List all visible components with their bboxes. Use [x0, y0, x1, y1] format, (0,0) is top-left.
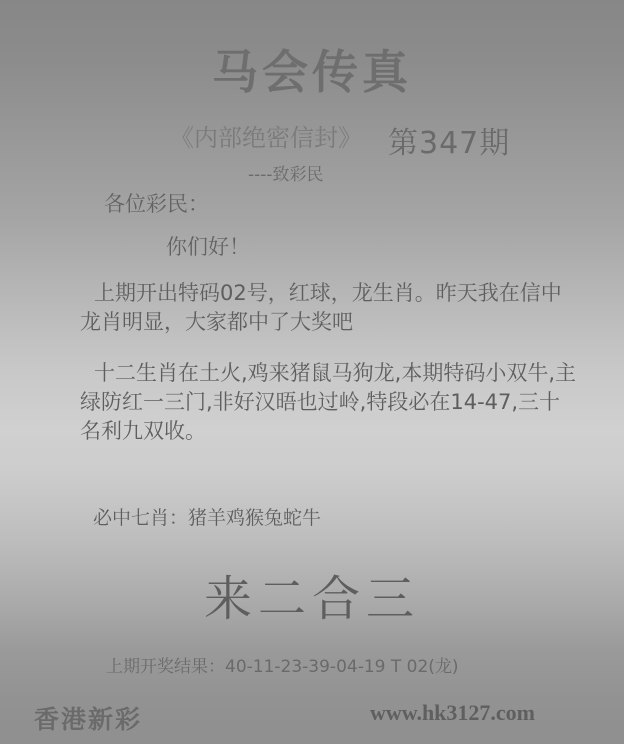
dedication: ----致彩民: [248, 160, 324, 185]
subtitle: 《内部绝密信封》: [170, 118, 362, 153]
website-link[interactable]: www.hk3127.com: [370, 700, 535, 726]
salutation: 各位彩民：: [104, 188, 209, 218]
paragraph-prediction: 十二生肖在土火,鸡来猪鼠马狗龙,本期特码小双牛,主绿防红一三门,非好汉晤也过岭,…: [80, 359, 580, 446]
paragraph-last-result: 上期开出特码02号，红球，龙生肖。昨天我在信中龙肖明显，大家都中了大奖吧: [80, 279, 570, 337]
brand-name: 香港新彩: [34, 700, 142, 736]
page-title: 马会传真: [0, 36, 624, 102]
last-draw-result: 上期开奖结果：40-11-23-39-04-19 T 02(龙): [106, 652, 459, 677]
highlight-phrase: 来二合三: [0, 560, 624, 629]
issue-number: 第347期: [388, 118, 510, 162]
must-win-zodiacs: 必中七肖：猪羊鸡猴兔蛇牛: [93, 503, 321, 530]
greeting: 你们好！: [166, 231, 250, 261]
